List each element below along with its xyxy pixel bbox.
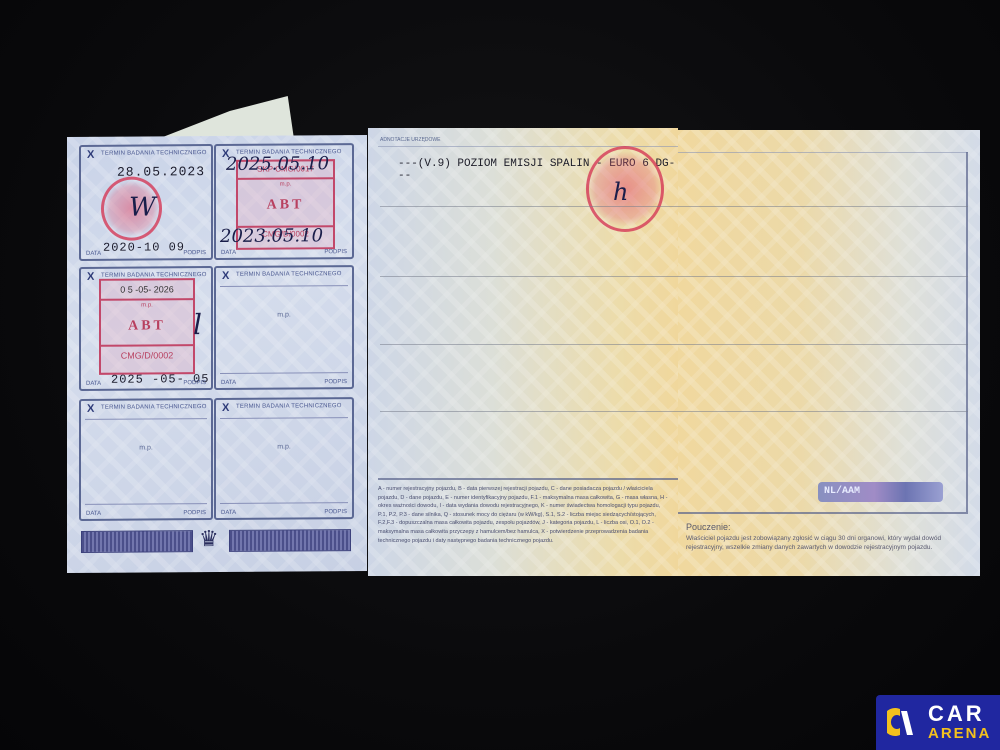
inspection-box-6: X TERMIN BADANIA TECHNICZNEGO m.p. DATA … <box>214 397 354 520</box>
hologram-sticker: NL/AAM <box>818 482 943 502</box>
data-label: DATA <box>86 251 101 257</box>
x-mark: X <box>87 403 94 415</box>
data-label: DATA <box>86 511 101 517</box>
podpis-label: PODPIS <box>324 249 347 255</box>
mp-label: m.p. <box>81 444 211 452</box>
box-header: TERMIN BADANIA TECHNICZNEGO <box>101 150 207 157</box>
guilloche-band-left <box>81 530 193 553</box>
x-mark: X <box>87 149 94 161</box>
data-label: DATA <box>86 381 101 387</box>
box-header: TERMIN BADANIA TECHNICZNEGO <box>236 271 342 278</box>
inspection-box-4: X TERMIN BADANIA TECHNICZNEGO m.p. DATA … <box>214 265 354 390</box>
signature: h <box>613 178 628 206</box>
inspection-box-5: X TERMIN BADANIA TECHNICZNEGO m.p. DATA … <box>79 398 213 521</box>
pouczenie-text: Właściciel pojazdu jest zobowiązany zgło… <box>686 534 966 552</box>
handwritten-date-bottom: 2023.05.10 <box>220 225 323 247</box>
podpis-label: PODPIS <box>183 380 206 386</box>
x-mark: X <box>222 402 229 414</box>
mp-label: m.p. <box>216 311 352 319</box>
right-page: NL/AAM Pouczenie: Właściciel pojazdu jes… <box>678 130 980 576</box>
logo-text-car: CAR <box>928 701 985 727</box>
signature: W <box>129 192 156 222</box>
inspection-box-3: X TERMIN BADANIA TECHNICZNEGO 0 5 -05- 2… <box>79 266 213 391</box>
left-page: X TERMIN BADANIA TECHNICZNEGO 28.05.2023… <box>67 135 367 573</box>
data-label: DATA <box>221 510 236 516</box>
data-label: DATA <box>221 250 236 256</box>
podpis-label: PODPIS <box>324 379 347 385</box>
field-legend-text: A - numer rejestracyjny pojazdu, B - dat… <box>378 485 668 545</box>
car-arena-watermark: CAR ARENA <box>876 695 1000 750</box>
box-header: TERMIN BADANIA TECHNICZNEGO <box>101 404 207 411</box>
typed-date: 28.05.2023 <box>117 164 205 180</box>
podpis-label: PODPIS <box>183 510 206 516</box>
podpis-label: PODPIS <box>183 250 206 256</box>
handwritten-date-top: 2025.05.10 <box>226 153 329 175</box>
x-mark: X <box>87 271 94 283</box>
data-label: DATA <box>221 380 236 386</box>
abt-stamp: 0 5 -05- 2026 m.p. ABT CMG/D/0002 <box>99 278 195 375</box>
logo-text-arena: ARENA <box>928 725 991 742</box>
vehicle-registration-document: X TERMIN BADANIA TECHNICZNEGO 28.05.2023… <box>67 128 980 576</box>
middle-page: ADNOTACJE URZĘDOWE ---(V.9) POZIOM EMISJ… <box>368 128 678 576</box>
eagle-emblem-icon: ♛ <box>199 526 219 552</box>
car-arena-logo-icon <box>887 707 913 737</box>
box-header: TERMIN BADANIA TECHNICZNEGO <box>236 403 342 410</box>
stamped-date: 2020-10 09 <box>103 240 185 255</box>
mp-label: m.p. <box>216 443 352 451</box>
inspection-box-2: X TERMIN BADANIA TECHNICZNEGO SKP CMG/00… <box>214 143 354 260</box>
pouczenie-title: Pouczenie: <box>686 522 731 532</box>
guilloche-band-right <box>229 529 351 552</box>
x-mark: X <box>222 270 229 282</box>
inspection-box-1: X TERMIN BADANIA TECHNICZNEGO 28.05.2023… <box>79 144 213 261</box>
signature: l <box>193 308 202 341</box>
official-annotations-label: ADNOTACJE URZĘDOWE <box>380 137 440 143</box>
podpis-label: PODPIS <box>324 509 347 515</box>
